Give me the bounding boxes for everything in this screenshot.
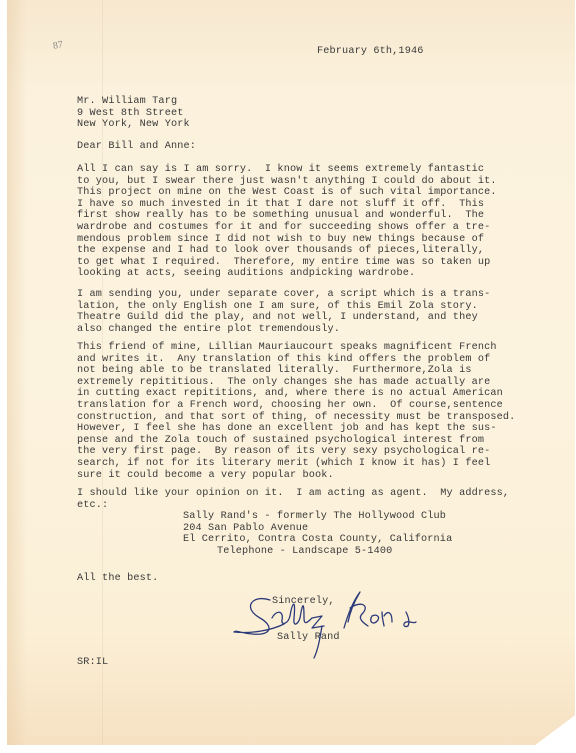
paragraph-1: All I can say is I am sorry. I know it s… — [77, 164, 497, 280]
paragraph-2: I am sending you, under separate cover, … — [77, 289, 490, 335]
sender-address-line1: Sally Rand's - formerly The Hollywood Cl… — [183, 511, 446, 523]
salutation: Dear Bill and Anne: — [77, 141, 196, 153]
letter-date: February 6th,1946 — [317, 46, 423, 58]
closing-remark: All the best. — [77, 573, 158, 585]
paragraph-3: This friend of mine, Lillian Mauriaucour… — [77, 342, 515, 481]
recipient-city: New York, New York — [77, 119, 190, 131]
sender-address-line2: 204 San Pablo Avenue — [183, 523, 308, 535]
recipient-name: Mr. William Targ — [77, 96, 177, 108]
sender-telephone: Telephone - Landscape 5-1400 — [217, 546, 392, 558]
pencil-annotation: 87 — [52, 39, 64, 52]
paragraph-4: I should like your opinion on it. I am a… — [77, 488, 509, 511]
typist-initials: SR:IL — [77, 657, 108, 669]
sender-address-line3: El Cerrito, Contra Costa County, Califor… — [183, 534, 452, 546]
recipient-street: 9 West 8th Street — [77, 108, 183, 120]
handwritten-signature — [232, 588, 432, 668]
